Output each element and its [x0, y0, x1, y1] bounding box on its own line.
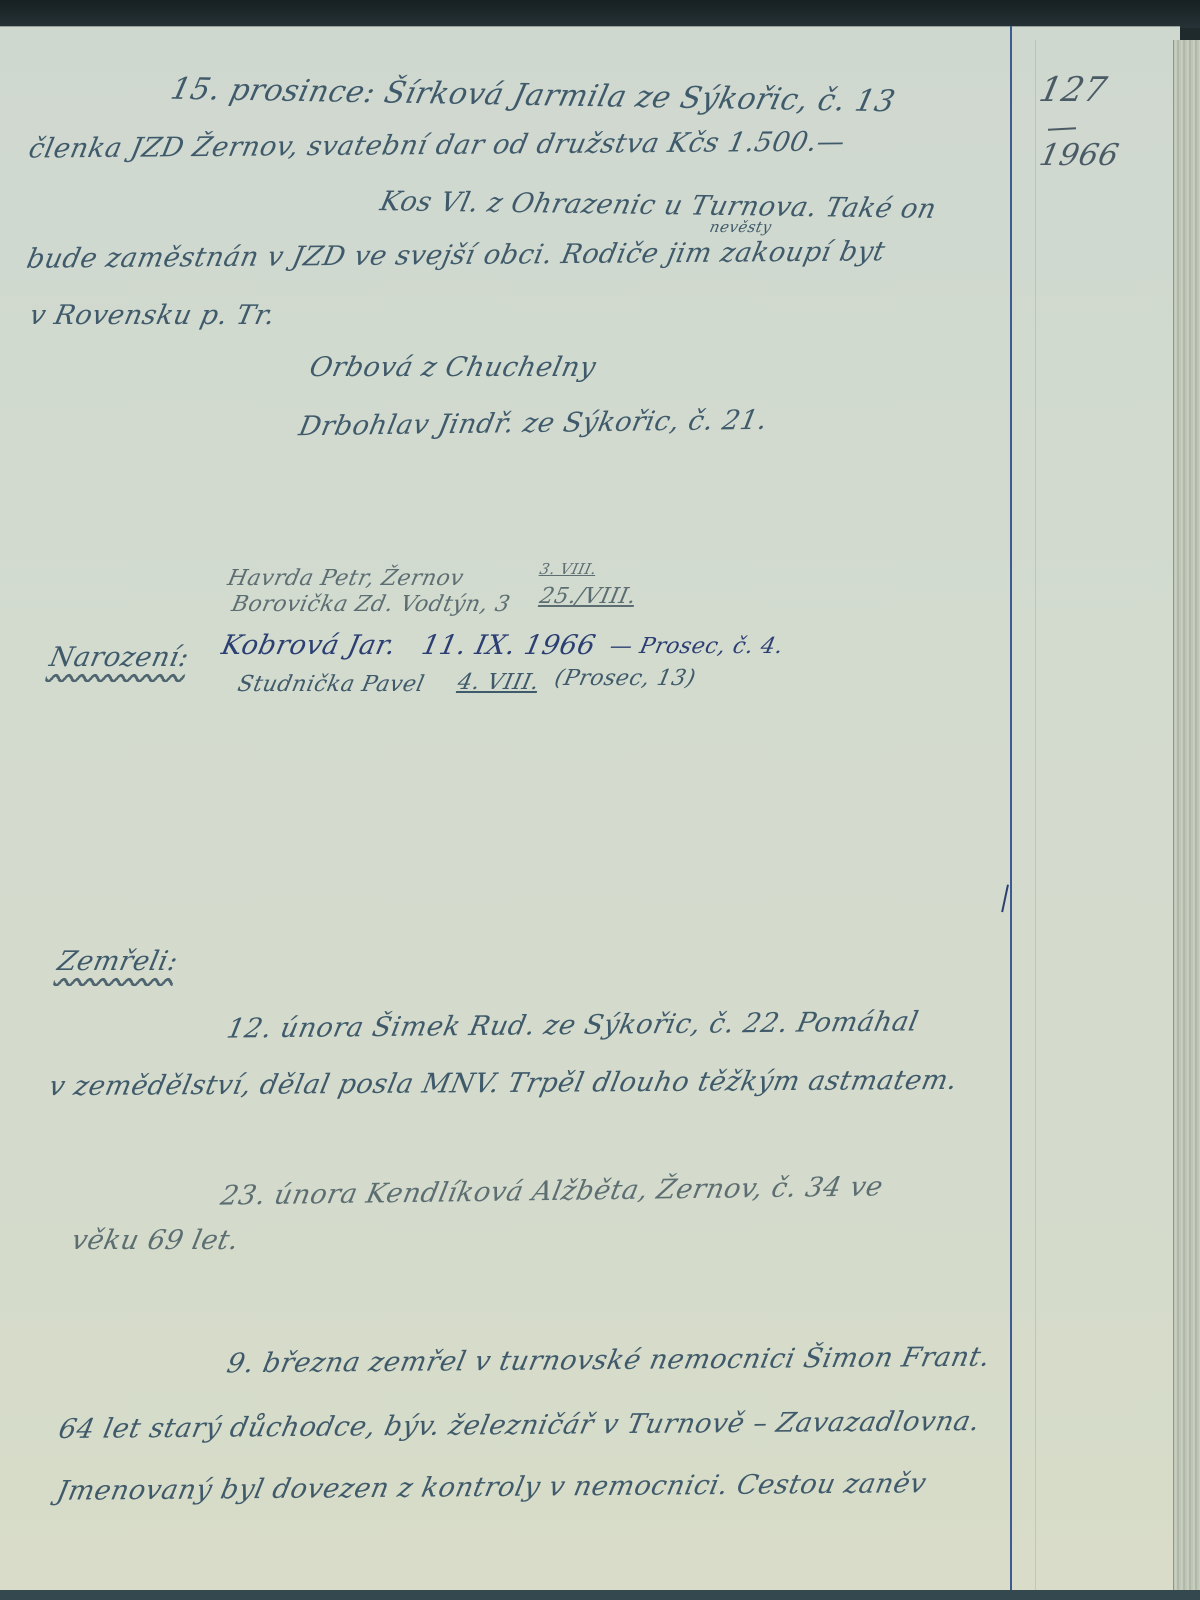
- page-edges: [1173, 40, 1200, 1600]
- background-top: [0, 0, 1200, 28]
- other-entry-line-2: Drbohlav Jindř. ze Sýkořic, č. 21.: [296, 405, 770, 443]
- margin-line: [1010, 26, 1012, 1592]
- death-entry-1-line-2: v zemědělství, dělal posla MNV. Trpěl dl…: [46, 1065, 960, 1102]
- birth-entry-1-name: Havrda Petr, Žernov: [225, 566, 466, 591]
- wedding-line-5: v Rovensku p. Tr.: [27, 300, 278, 331]
- birth-entry-1-date: 3. VIII.: [538, 560, 598, 578]
- birth-entry-3-date: 11. IX. 1966: [419, 630, 599, 661]
- deaths-heading: Zemřeli:: [55, 946, 181, 977]
- wedding-line-4-insert: nevěsty: [708, 218, 773, 236]
- death-entry-2-line-2: věku 69 let.: [69, 1225, 242, 1256]
- birth-entry-2-name: Borovička Zd. Vodtýn, 3: [229, 592, 512, 617]
- birth-entry-3-name: Kobrová Jar.: [219, 630, 399, 661]
- birth-entry-4-date: 4. VIII.: [455, 670, 541, 695]
- birth-entry-3-place: — Prosec, č. 4.: [607, 634, 785, 659]
- page-number: 127: [1036, 70, 1111, 110]
- other-entry-line-1: Orbová z Chuchelny: [307, 352, 599, 383]
- births-heading: Narození:: [47, 642, 192, 673]
- page-year: 1966: [1036, 138, 1122, 173]
- birth-entry-2-date: 25./VIII.: [537, 584, 638, 609]
- faint-column-line: [1035, 40, 1036, 1590]
- birth-entry-4-name: Studnička Pavel: [235, 672, 426, 697]
- background-bottom: [0, 1590, 1200, 1600]
- birth-entry-4-place: (Prosec, 13): [552, 666, 698, 691]
